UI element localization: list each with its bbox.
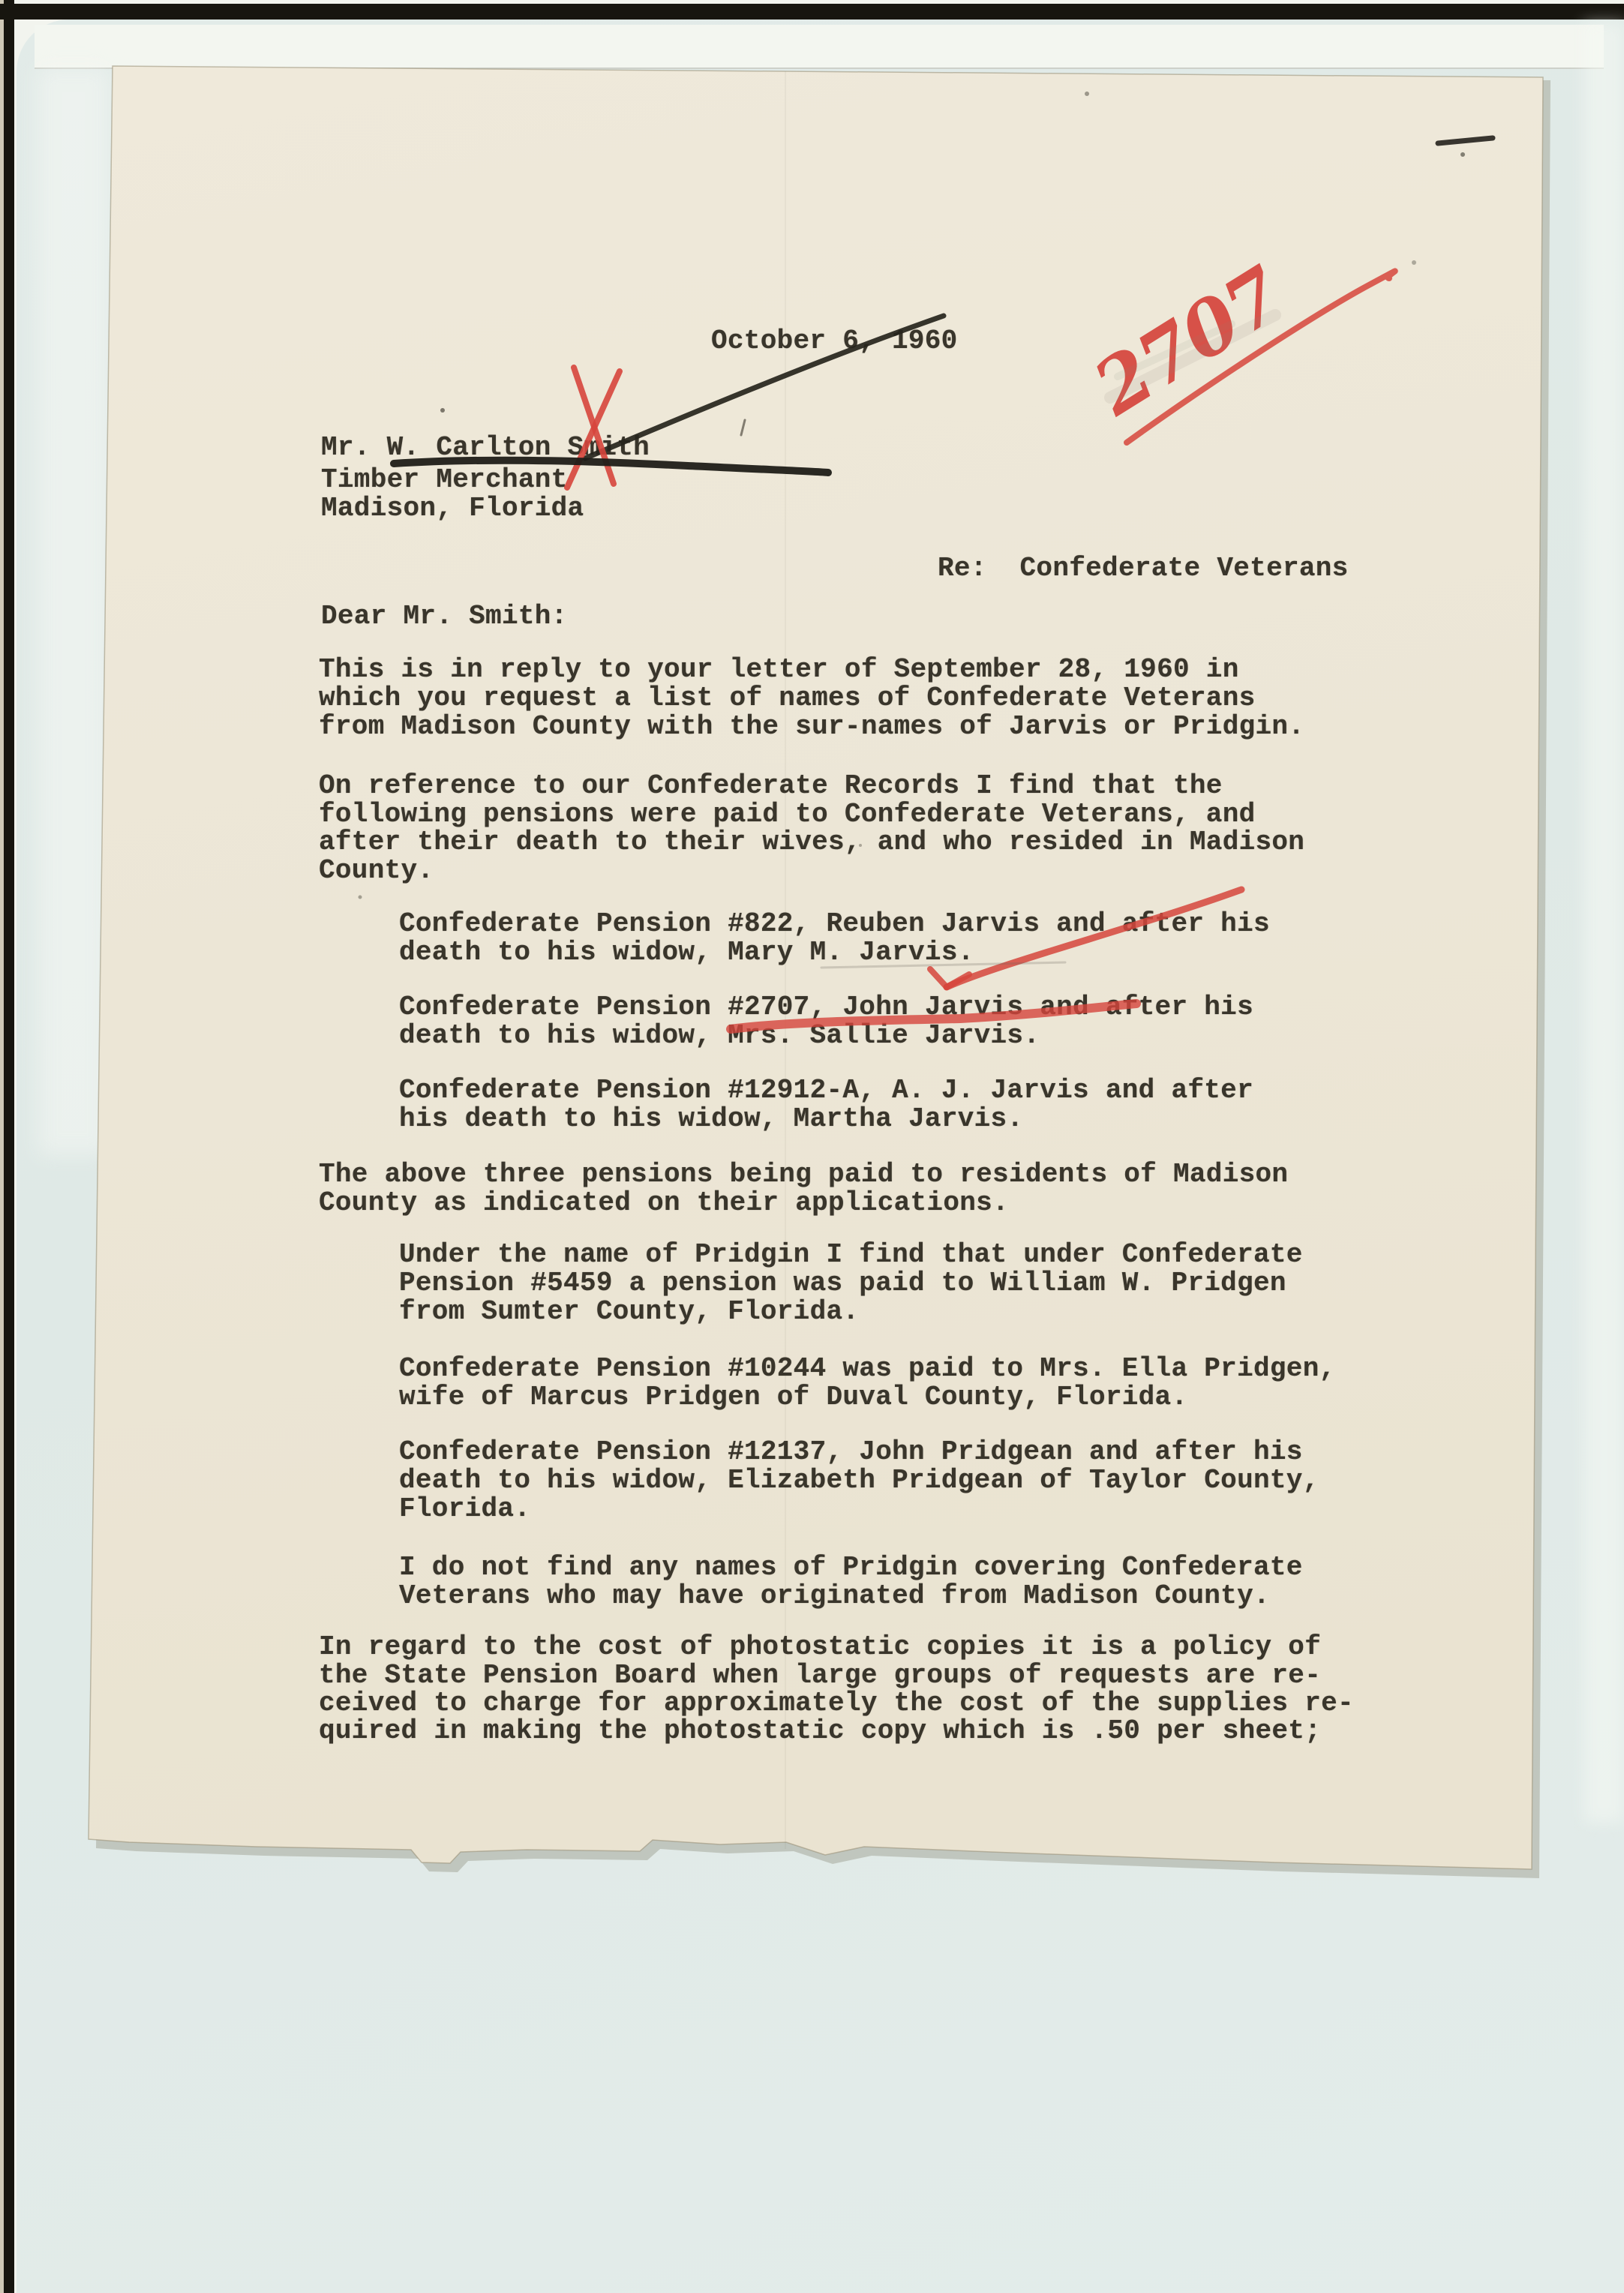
body-line: quired in making the photostatic copy wh… [319, 1718, 1321, 1745]
pension-entry-line: Confederate Pension #2707, John Jarvis a… [399, 994, 1253, 1021]
body-line: the State Pension Board when large group… [319, 1662, 1321, 1689]
scanned-letter-page: October 6, 1960 Mr. W. Carlton Smith Tim… [0, 0, 1624, 2293]
body-line: This is in reply to your letter of Septe… [319, 656, 1239, 683]
body-line: which you request a list of names of Con… [319, 685, 1256, 712]
re-line: Re: Confederate Veterans [938, 555, 1349, 582]
pension-entry-line: Florida. [399, 1496, 530, 1523]
pension-entry-line: Pension #5459 a pension was paid to Will… [399, 1270, 1286, 1297]
body-line: County as indicated on their application… [319, 1190, 1009, 1217]
body-line: Veterans who may have originated from Ma… [399, 1583, 1270, 1610]
pension-entry-line: Confederate Pension #12912-A, A. J. Jarv… [399, 1077, 1253, 1104]
body-line: I do not find any names of Pridgin cover… [399, 1554, 1303, 1581]
salutation: Dear Mr. Smith: [321, 603, 568, 630]
body-line: ceived to charge for approximately the c… [319, 1690, 1354, 1717]
pension-entry-line: death to his widow, Mrs. Sallie Jarvis. [399, 1022, 1040, 1049]
pension-entry-line: Confederate Pension #10244 was paid to M… [399, 1355, 1336, 1382]
pension-entry-line: from Sumter County, Florida. [399, 1298, 859, 1325]
body-line: The above three pensions being paid to r… [319, 1161, 1288, 1188]
body-line: from Madison County with the sur-names o… [319, 713, 1304, 740]
pension-entry-line: death to his widow, Mary M. Jarvis. [399, 939, 974, 966]
body-line: In regard to the cost of photostatic cop… [319, 1634, 1321, 1661]
recipient-occupation: Timber Merchant [321, 467, 568, 494]
body-line: after their death to their wives, and wh… [319, 829, 1304, 856]
typed-letter-text: October 6, 1960 Mr. W. Carlton Smith Tim… [0, 0, 1624, 2293]
pension-entry-line: Under the name of Pridgin I find that un… [399, 1241, 1303, 1268]
pension-entry-line: death to his widow, Elizabeth Pridgean o… [399, 1467, 1319, 1494]
body-line: following pensions were paid to Confeder… [319, 801, 1256, 828]
pension-entry-line: Confederate Pension #12137, John Pridgea… [399, 1439, 1303, 1466]
pension-entry-line: his death to his widow, Martha Jarvis. [399, 1106, 1023, 1133]
pension-entry-line: wife of Marcus Pridgen of Duval County, … [399, 1384, 1187, 1411]
recipient-city: Madison, Florida [321, 495, 584, 522]
letter-date: October 6, 1960 [711, 328, 958, 355]
pension-entry-line: Confederate Pension #822, Reuben Jarvis … [399, 911, 1270, 938]
recipient-name: Mr. W. Carlton Smith [321, 434, 650, 461]
body-line: On reference to our Confederate Records … [319, 773, 1223, 800]
body-line: County. [319, 857, 434, 884]
